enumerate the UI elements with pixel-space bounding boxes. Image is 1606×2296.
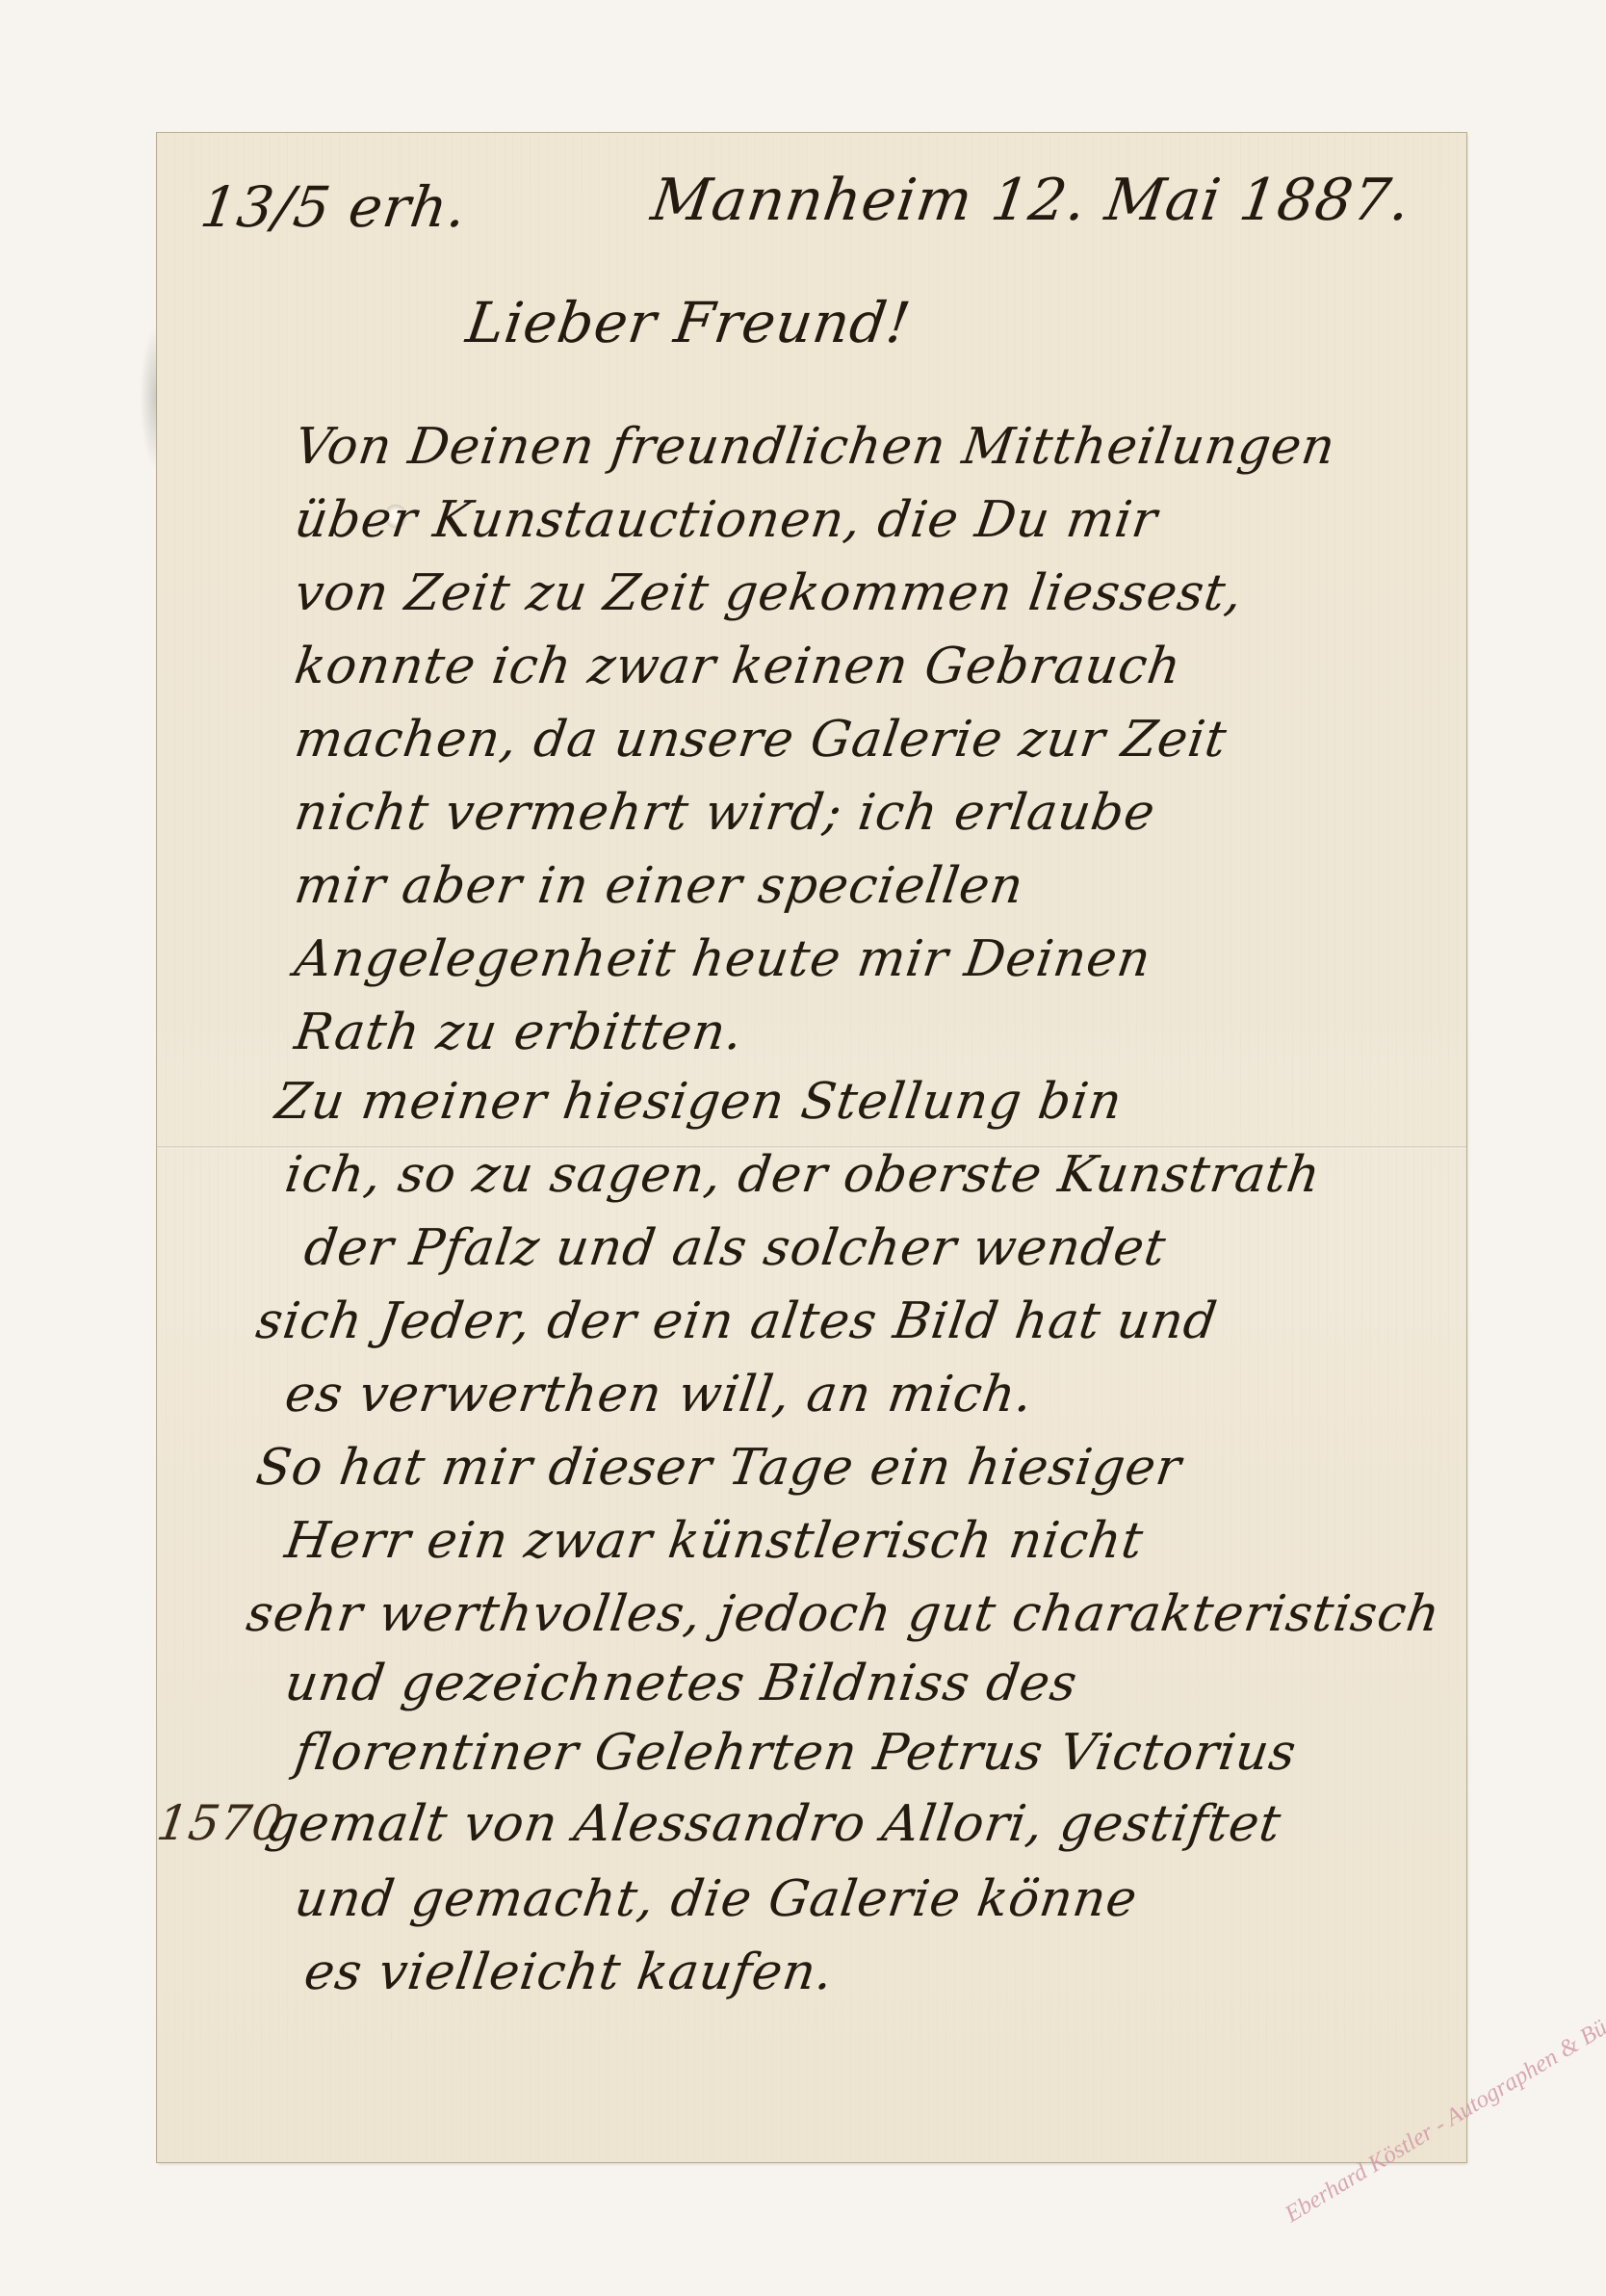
body-line: konnte ich zwar keinen Gebrauch [292, 641, 1184, 691]
body-line: sehr werthvolles, jedoch gut charakteris… [244, 1589, 1443, 1639]
body-line: und gemacht, die Galerie könne [292, 1874, 1141, 1924]
place-date: Mannheim 12. Mai 1887. [648, 171, 1414, 229]
body-line: Zu meiner hiesigen Stellung bin [272, 1077, 1126, 1127]
body-line: sich Jeder, der ein altes Bild hat und [253, 1296, 1221, 1346]
body-line: So hat mir dieser Tage ein hiesiger [253, 1443, 1184, 1493]
salutation: Lieber Freund! [463, 295, 915, 351]
body-line: machen, da unsere Galerie zur Zeit [292, 715, 1230, 765]
body-line: Rath zu erbitten. [292, 1007, 746, 1057]
torn-edge [140, 326, 157, 470]
body-line: gemalt von Alessandro Allori, gestiftet [263, 1799, 1284, 1849]
body-line: es vielleicht kaufen. [301, 1947, 837, 1997]
body-line: Von Deinen freundlichen Mittheilungen [292, 422, 1338, 472]
body-line: florentiner Gelehrten Petrus Victorius [292, 1728, 1300, 1778]
body-line: Herr ein zwar künstlerisch nicht [282, 1516, 1147, 1566]
body-line: es verwerthen will, an mich. [282, 1370, 1036, 1420]
body-line: nicht vermehrt wird; ich erlaube [292, 788, 1158, 838]
body-line: von Zeit zu Zeit gekommen liessest, [292, 568, 1246, 618]
body-line: Angelegenheit heute mir Deinen [292, 934, 1154, 984]
body-line: mir aber in einer speciellen [292, 861, 1027, 911]
letter-page: 13/5 erh. Mannheim 12. Mai 1887. Lieber … [157, 133, 1466, 2162]
body-line: über Kunstauctionen, die Du mir [292, 495, 1161, 545]
body-line: ich, so zu sagen, der oberste Kunstrath [282, 1150, 1324, 1200]
body-line: der Pfalz und als solcher wendet [301, 1223, 1169, 1273]
body-line: und gezeichnetes Bildniss des [282, 1658, 1080, 1709]
archival-note: 13/5 erh. [197, 179, 471, 235]
